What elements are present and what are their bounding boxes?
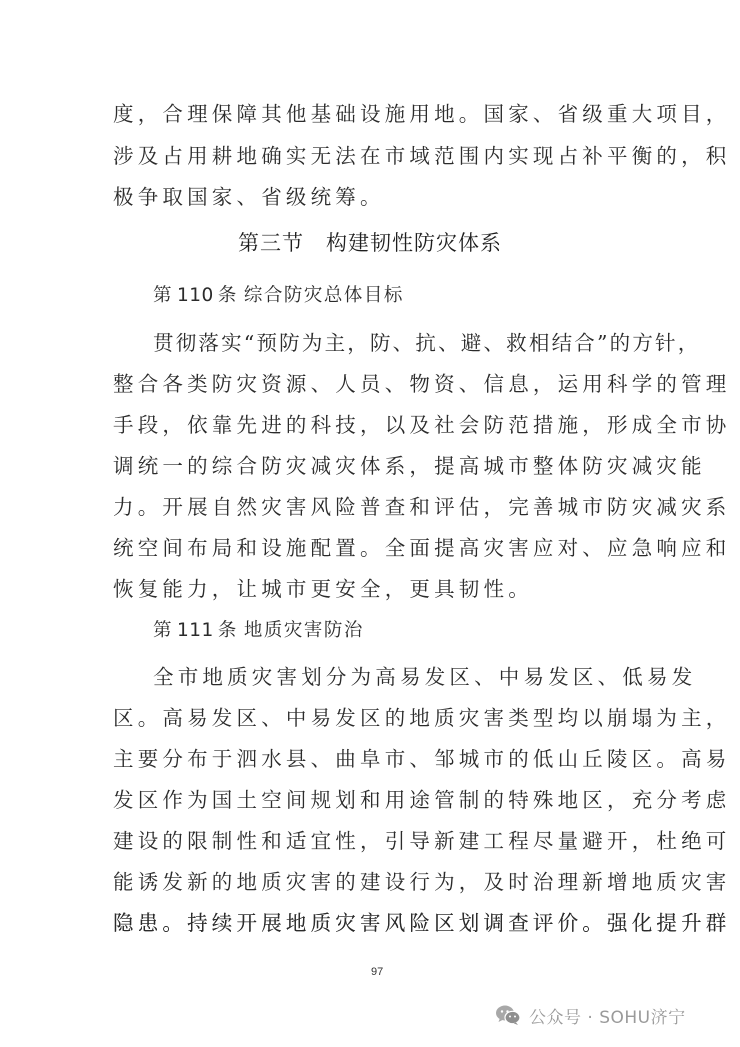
article-suffix: 条 [218,285,238,306]
section-title: 构建韧性防灾体系 [326,231,502,255]
article-title: 综合防灾总体目标 [244,285,404,306]
paragraph-line: 涉及占用耕地确实无法在市域范围内实现占补平衡的，积 [113,143,633,169]
article-prefix: 第 [153,285,173,306]
paragraph-line: 恢复能力，让城市更安全，更具韧性。 [113,576,633,602]
page-number: 97 [371,966,383,978]
paragraph-line: 主要分布于泗水县、曲阜市、邹城市的低山丘陵区。高易 [113,746,633,772]
paragraph-line: 整合各类防灾资源、人员、物资、信息，运用科学的管理 [113,371,633,397]
section-number: 第三节 [238,231,304,255]
wechat-icon [495,1004,521,1026]
paragraph-line: 能诱发新的地质灾害的建设行为，及时治理新增地质灾害 [113,869,633,895]
watermark: 公众号 · SOHU济宁 [495,1000,686,1030]
paragraph-line: 调统一的综合防灾减灾体系，提高城市整体防灾减灾能 [113,453,633,479]
document-page: 度，合理保障其他基础设施用地。国家、省级重大项目， 涉及占用耕地确实无法在市域范… [0,0,740,1047]
article-prefix: 第 [153,620,173,641]
paragraph-line: 统空间布局和设施配置。全面提高灾害应对、应急响应和 [113,535,633,561]
paragraph-line: 建设的限制性和适宜性，引导新建工程尽量避开，杜绝可 [113,828,633,854]
article-heading: 第111条地质灾害防治 [153,618,364,644]
paragraph-line: 区。高易发区、中易发区的地质灾害类型均以崩塌为主， [113,705,633,731]
article-number: 110 [173,285,218,306]
paragraph-line: 手段，依靠先进的科技，以及社会防范措施，形成全市协 [113,412,633,438]
paragraph-line: 发区作为国土空间规划和用途管制的特殊地区，充分考虑 [113,787,633,813]
paragraph-line: 全市地质灾害划分为高易发区、中易发区、低易发 [153,664,673,690]
article-title: 地质灾害防治 [244,620,364,641]
section-heading: 第三节构建韧性防灾体系 [0,229,740,257]
paragraph-line: 力。开展自然灾害风险普查和评估，完善城市防灾减灾系 [113,494,633,520]
paragraph-line: 贯彻落实“预防为主，防、抗、避、救相结合”的方针， [153,330,673,356]
paragraph-line: 度，合理保障其他基础设施用地。国家、省级重大项目， [113,101,633,127]
paragraph-line: 极争取国家、省级统筹。 [113,184,633,210]
watermark-text: 公众号 · SOHU济宁 [529,1003,686,1028]
article-suffix: 条 [218,620,238,641]
article-number: 111 [173,620,218,641]
paragraph-line: 隐患。持续开展地质灾害风险区划调查评价。强化提升群 [113,910,633,936]
article-heading: 第110条综合防灾总体目标 [153,283,404,309]
